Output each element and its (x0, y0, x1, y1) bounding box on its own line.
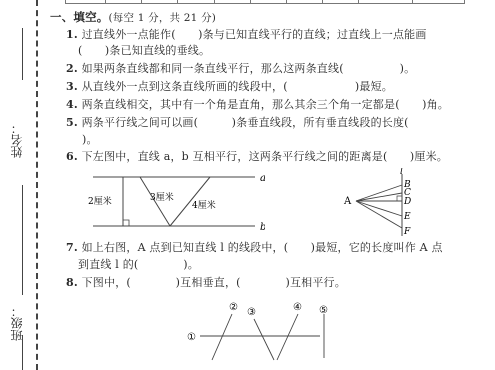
label-2: ② (229, 302, 238, 313)
lines-figure: ① ② ③ ④ ⑤ (180, 292, 340, 370)
section-note: (每空 1 分，共 21 分) (109, 12, 217, 24)
label-E: E (403, 212, 411, 222)
question-2: 2. 如果两条直线都和同一条直线平行，那么这两条直线( )。 (66, 62, 415, 76)
label-3: ③ (247, 307, 256, 318)
label-D: D (403, 197, 411, 207)
label-l: l (400, 168, 403, 177)
label-3cm: 3厘米 (150, 191, 174, 203)
question-6: 6. 下左图中，直线 a，b 互相平行，这两条平行线之间的距离是( )厘米。 (66, 150, 448, 164)
label-1: ① (187, 332, 196, 343)
label-4cm: 4厘米 (192, 199, 216, 211)
question-7: 7. 如上右图，A 点到已知直线 l 的线段中，( )最短，它的长度叫作 A 点 (66, 241, 443, 255)
section-title: 一、填空。 (50, 10, 109, 24)
label-b: b (260, 222, 265, 230)
question-8: 8. 下图中，( )互相垂直，( )互相平行。 (66, 276, 346, 290)
question-7-cont: 到直线 l 的( )。 (78, 258, 199, 272)
binding-dashed-line (36, 0, 38, 370)
label-5: ⑤ (319, 305, 328, 316)
section-heading: 一、填空。(每空 1 分，共 21 分) (50, 10, 216, 25)
label-F: F (403, 227, 411, 237)
question-1: 1. 过直线外一点能作( )条与已知直线平行的直线；过直线上一点能画 (66, 28, 427, 42)
label-4: ④ (293, 302, 302, 313)
question-4: 4. 两条直线相交，其中有一个角是直角，那么其余三个角一定都是( )角。 (66, 98, 449, 112)
name-blank-line (22, 185, 23, 295)
question-5-cont: )。 (82, 133, 98, 147)
blank-line (22, 28, 23, 80)
point-to-line-figure: l A B C D E F (340, 168, 440, 238)
question-3: 3. 从直线外一点到这条直线所画的线段中，( )最短。 (66, 80, 393, 94)
label-2cm: 2厘米 (88, 195, 112, 207)
label-A: A (343, 196, 352, 207)
question-1-cont: ( )条已知直线的垂线。 (78, 44, 210, 58)
class-blank-line (22, 335, 23, 370)
question-5: 5. 两条平行线之间可以画( )条垂直线段，所有垂直线段的长度( (66, 116, 409, 130)
label-a: a (260, 173, 265, 184)
score-table (65, 0, 465, 4)
name-label: 姓名： (8, 122, 36, 158)
parallel-lines-figure: a b 2厘米 3厘米 4厘米 (85, 170, 265, 230)
